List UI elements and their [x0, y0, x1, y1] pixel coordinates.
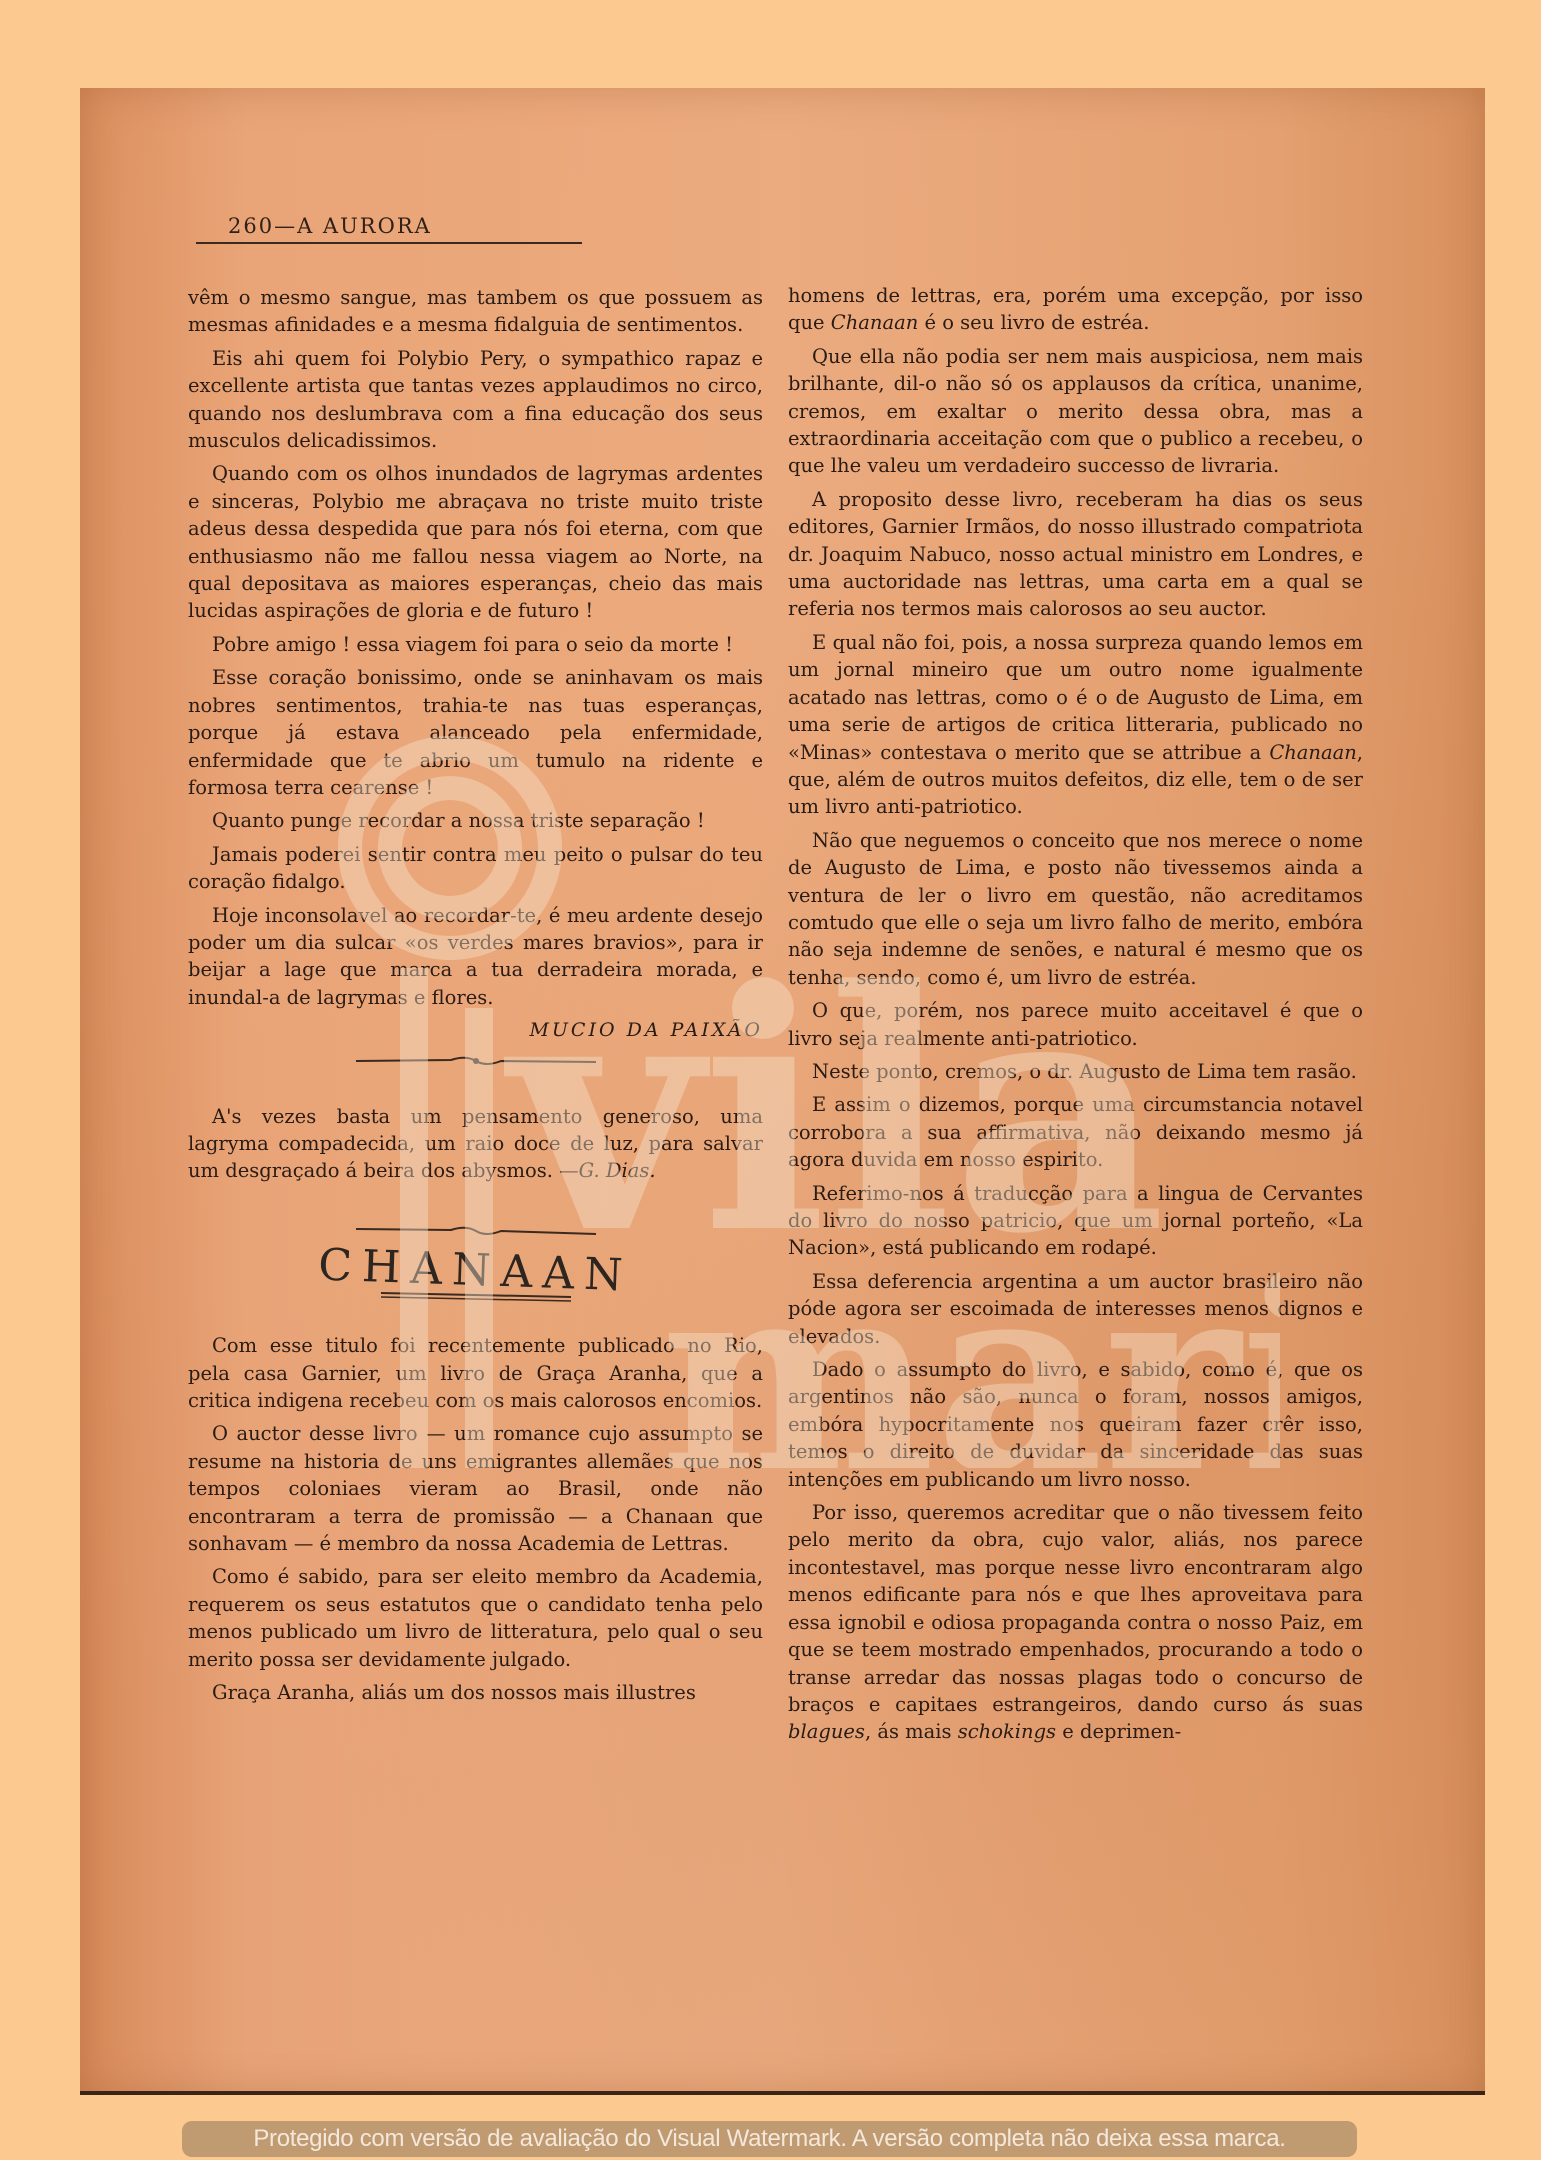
article-text: Com esse titulo foi recentemente publica… [188, 1332, 763, 1706]
paragraph: A proposito desse livro, receberam ha di… [788, 486, 1363, 623]
article-text-continued: homens de lettras, era, porém uma excepç… [788, 282, 1363, 1746]
quote-text: A's vezes basta um pensamento generoso, … [188, 1105, 763, 1183]
quote-author: —G. Dias. [559, 1159, 655, 1182]
paragraph: O auctor desse livro — um romance cujo a… [188, 1420, 763, 1557]
paragraph: Esse coração bonissimo, onde se aninhava… [188, 664, 763, 801]
italic-title: schokings [958, 1720, 1056, 1743]
obituary-text: vêm o mesmo sangue, mas tambem os que po… [188, 284, 763, 1011]
ornament-divider [356, 1225, 596, 1237]
paragraph: E qual não foi, pois, a nossa surpreza q… [788, 629, 1363, 821]
paragraph: Com esse titulo foi recentemente publica… [188, 1332, 763, 1414]
paragraph: Graça Aranha, aliás um dos nossos mais i… [188, 1679, 763, 1706]
article-title: CHANAAN [188, 1247, 764, 1294]
paragraph: Dado o assumpto do livro, e sabido, como… [788, 1356, 1363, 1493]
paragraph: Hoje inconsolavel ao recordar-te, é meu … [188, 902, 763, 1012]
page-header: 260—A AURORA [196, 214, 582, 244]
paragraph: vêm o mesmo sangue, mas tambem os que po… [188, 284, 763, 339]
quote: A's vezes basta um pensamento generoso, … [188, 1103, 763, 1185]
paragraph: Como é sabido, para ser eleito membro da… [188, 1563, 763, 1673]
scanned-page: 260—A AURORA vêm o mesmo sangue, mas tam… [80, 88, 1485, 2095]
paragraph: Jamais poderei sentir contra meu peito o… [188, 841, 763, 896]
text-run: Por isso, queremos acreditar que o não t… [788, 1501, 1363, 1716]
watermark-banner: Protegido com versão de avaliação do Vis… [182, 2121, 1357, 2157]
signature: MUCIO DA PAIXÃO [188, 1017, 763, 1044]
ornament-divider [356, 1055, 596, 1067]
italic-title: blagues [788, 1720, 865, 1743]
paragraph: O que, porém, nos parece muito acceitave… [788, 997, 1363, 1052]
paragraph: Por isso, queremos acreditar que o não t… [788, 1499, 1363, 1746]
left-column: vêm o mesmo sangue, mas tambem os que po… [188, 284, 763, 1712]
text-run: e deprimen- [1056, 1720, 1181, 1743]
paragraph: Essa deferencia argentina a um auctor br… [788, 1268, 1363, 1350]
paragraph: E assim o dizemos, porque uma circumstan… [788, 1091, 1363, 1173]
paragraph: Neste ponto, cremos, o dr. Augusto de Li… [788, 1058, 1363, 1085]
italic-title: Chanaan [1269, 741, 1356, 764]
paragraph: Pobre amigo ! essa viagem foi para o sei… [188, 631, 763, 658]
paragraph: Eis ahi quem foi Polybio Pery, o sympath… [188, 345, 763, 455]
paragraph: homens de lettras, era, porém uma excepç… [788, 282, 1363, 337]
text-run: é o seu livro de estréa. [918, 311, 1149, 334]
right-column: homens de lettras, era, porém uma excepç… [788, 282, 1363, 1752]
italic-title: Chanaan [831, 311, 918, 334]
paragraph: Quando com os olhos inundados de lagryma… [188, 460, 763, 624]
paragraph: Quanto punge recordar a nossa triste sep… [188, 807, 763, 834]
page-number-title: 260—A AURORA [196, 214, 432, 238]
paragraph: Referimo-nos á traducção para a lingua d… [788, 1180, 1363, 1262]
paragraph: Que ella não podia ser nem mais auspicio… [788, 343, 1363, 480]
paragraph: Não que neguemos o conceito que nos mere… [788, 827, 1363, 991]
text-run: , ás mais [865, 1720, 958, 1743]
